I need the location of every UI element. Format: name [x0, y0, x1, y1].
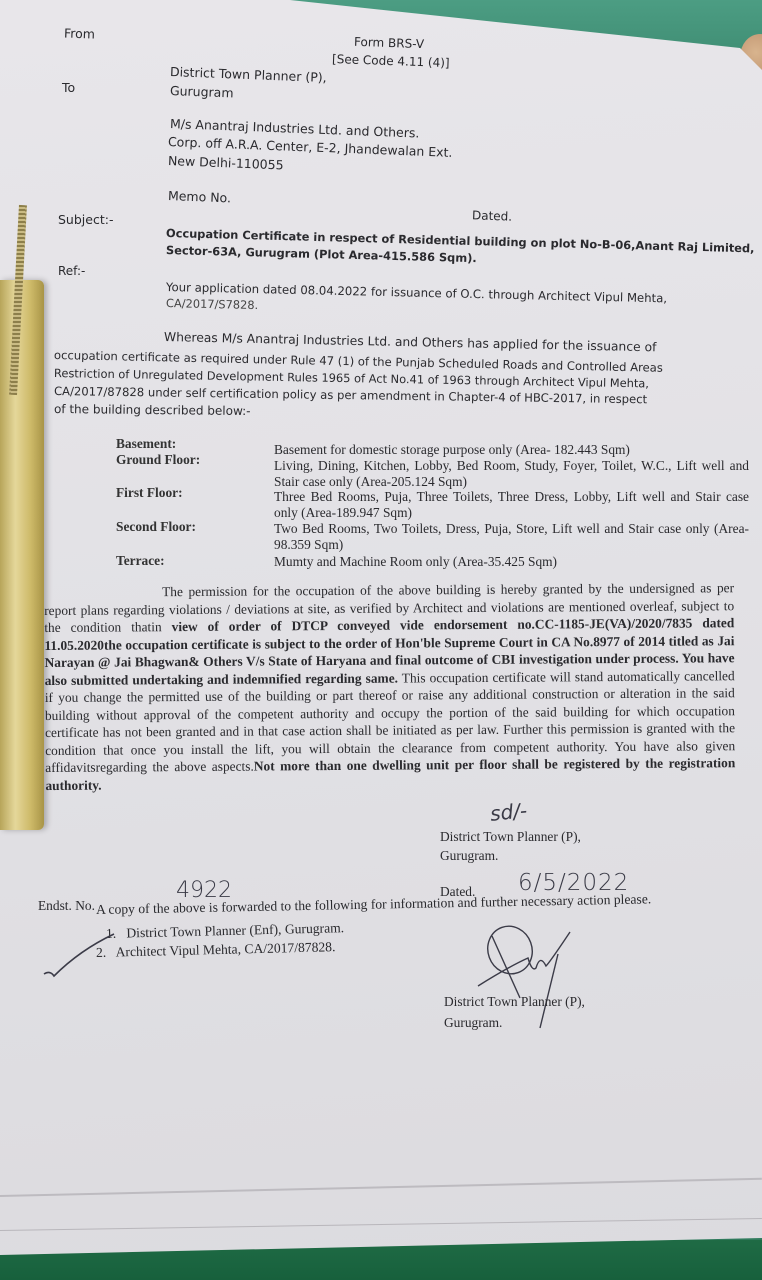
floor-description: Basement for domestic storage purpose on…: [274, 442, 749, 458]
intro-line-5: of the building described below:-: [54, 402, 251, 418]
floor-description: Living, Dining, Kitchen, Lobby, Bed Room…: [274, 458, 749, 490]
form-code: [See Code 4.11 (4)]: [332, 52, 450, 70]
from-label: From: [64, 25, 95, 41]
form-name: Form BRS-V: [354, 35, 425, 51]
floor-label: Ground Floor:: [116, 452, 266, 468]
copy-recipient-2: 2. Architect Vipul Mehta, CA/2017/87828.: [96, 939, 336, 961]
sd-mark: sd/-: [489, 798, 528, 826]
signatory-2-line-1: District Town Planner (P),: [444, 994, 585, 1010]
signatory-1-line-1: District Town Planner (P),: [440, 829, 581, 845]
floor-label: Basement:: [116, 436, 266, 452]
memo-label: Memo No.: [168, 188, 232, 205]
from-line-1: District Town Planner (P),: [170, 64, 327, 85]
to-line-3: New Delhi-110055: [168, 153, 284, 172]
recipient-text: Architect Vipul Mehta, CA/2017/87828.: [115, 939, 335, 959]
to-label: To: [62, 80, 75, 95]
endst-label: Endst. No.: [38, 898, 95, 914]
checkmark-handwritten-icon: [40, 930, 120, 980]
ref-label: Ref:-: [58, 264, 85, 278]
permission-paragraph: The permission for the occupation of the…: [44, 579, 735, 794]
dated-label: Dated.: [472, 208, 513, 223]
signatory-2-line-2: Gurugram.: [444, 1015, 502, 1031]
recipient-text: District Town Planner (Enf), Gurugram.: [126, 920, 344, 940]
floor-label: Second Floor:: [116, 519, 266, 535]
floor-label: First Floor:: [116, 485, 266, 501]
copy-recipient-1: 1. District Town Planner (Enf), Gurugram…: [106, 920, 344, 942]
floor-description: Mumty and Machine Room only (Area-35.425…: [274, 554, 749, 570]
subject-label: Subject:-: [58, 212, 113, 227]
ref-line-2: CA/2017/S7828.: [166, 296, 259, 312]
from-line-2: Gurugram: [170, 83, 234, 100]
occupation-certificate-document: From Form BRS-V [See Code 4.11 (4)] Dist…: [0, 0, 762, 1280]
floor-label: Terrace:: [116, 553, 266, 569]
floor-description: Three Bed Rooms, Puja, Three Toilets, Th…: [274, 489, 749, 521]
signatory-1-line-2: Gurugram.: [440, 848, 498, 864]
floor-description: Two Bed Rooms, Two Toilets, Dress, Puja,…: [274, 521, 749, 553]
intro-line-1: Whereas M/s Anantraj Industries Ltd. and…: [164, 330, 657, 354]
